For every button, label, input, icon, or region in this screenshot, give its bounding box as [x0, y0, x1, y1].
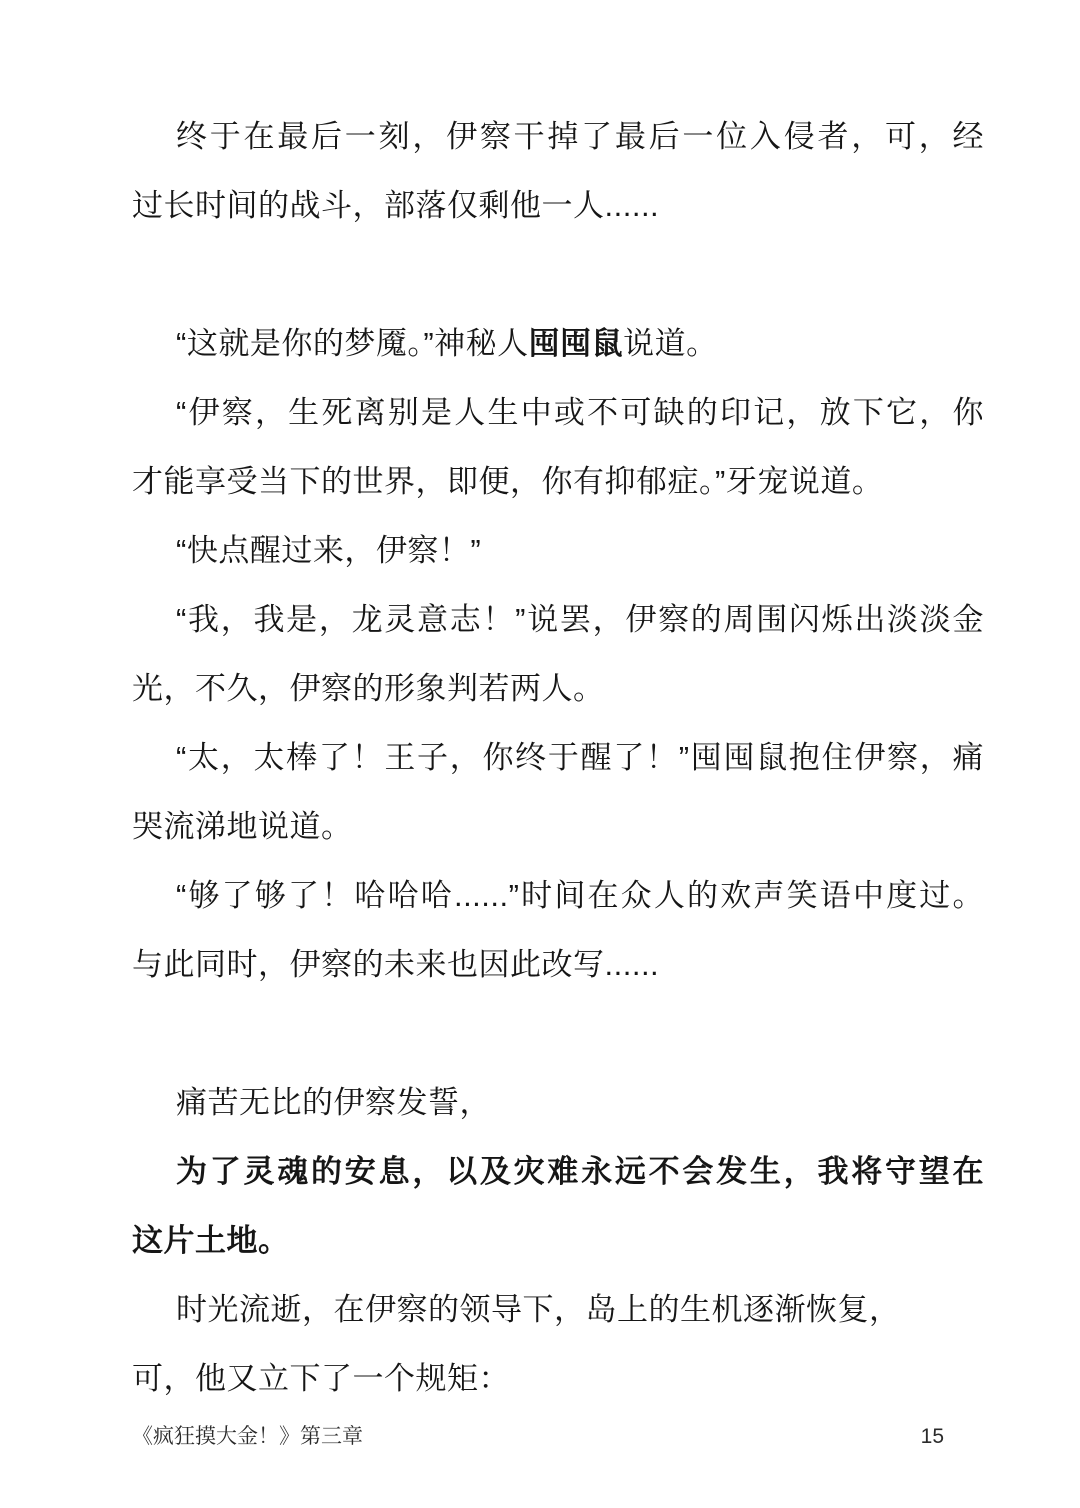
text-run: 光，不久，伊察的形象判若两人。 — [132, 671, 605, 706]
text-line: 终于在最后一刻，伊察干掉了最后一位入侵者，可，经 — [132, 102, 984, 171]
text-run: 说道。 — [623, 326, 718, 361]
footer-book-chapter: 《疯狂摸大金！》第三章 — [132, 1420, 363, 1450]
text-run: “伊察，生死离别是人生中或不可缺的印记，放下它，你 — [176, 395, 984, 430]
text-run: 与此同时，伊察的未来也因此改写...... — [132, 947, 659, 982]
text-line: 这片土地。 — [132, 1206, 984, 1275]
text-line: 光，不久，伊察的形象判若两人。 — [132, 654, 984, 723]
text-line: “快点醒过来，伊察！” — [132, 516, 984, 585]
text-run: 痛苦无比的伊察发誓， — [176, 1085, 491, 1120]
text-line: 哭流涕地说道。 — [132, 792, 984, 861]
footer-page-number: 15 — [921, 1425, 944, 1449]
text-run: “太，太棒了！王子，你终于醒了！”囤囤鼠抱住伊察，痛 — [176, 740, 984, 775]
text-run: 时光流逝，在伊察的领导下，岛上的生机逐渐恢复， — [176, 1292, 901, 1327]
text-line: 可，他又立下了一个规矩： — [132, 1344, 984, 1413]
text-line: 为了灵魂的安息，以及灾难永远不会发生，我将守望在 — [132, 1137, 984, 1206]
text-run: 终于在最后一刻，伊察干掉了最后一位入侵者，可，经 — [176, 119, 984, 154]
text-line: 时光流逝，在伊察的领导下，岛上的生机逐渐恢复， — [132, 1275, 984, 1344]
text-run: 可，他又立下了一个规矩： — [132, 1361, 510, 1396]
text-run: 哭流涕地说道。 — [132, 809, 353, 844]
blank-line — [132, 999, 984, 1068]
blank-line — [132, 240, 984, 309]
page-footer: 《疯狂摸大金！》第三章 15 — [132, 1420, 944, 1450]
text-run: “够了够了！哈哈哈......”时间在众人的欢声笑语中度过。 — [176, 878, 984, 913]
text-run: “这就是你的梦魇。”神秘人 — [176, 326, 529, 361]
text-line: 过长时间的战斗，部落仅剩他一人...... — [132, 171, 984, 240]
bold-text-run: 为了灵魂的安息，以及灾难永远不会发生，我将守望在 — [176, 1154, 984, 1189]
bold-text-run: 囤囤鼠 — [529, 326, 624, 361]
text-line: 才能享受当下的世界，即便，你有抑郁症。”牙宠说道。 — [132, 447, 984, 516]
text-run: 过长时间的战斗，部落仅剩他一人...... — [132, 188, 659, 223]
text-line: “我，我是，龙灵意志！”说罢，伊察的周围闪烁出淡淡金 — [132, 585, 984, 654]
text-line: “够了够了！哈哈哈......”时间在众人的欢声笑语中度过。 — [132, 861, 984, 930]
text-run: 才能享受当下的世界，即便，你有抑郁症。”牙宠说道。 — [132, 464, 883, 499]
document-page: 终于在最后一刻，伊察干掉了最后一位入侵者，可，经过长时间的战斗，部落仅剩他一人.… — [0, 0, 1080, 1508]
text-line: “伊察，生死离别是人生中或不可缺的印记，放下它，你 — [132, 378, 984, 447]
bold-text-run: 这片土地。 — [132, 1223, 290, 1258]
text-run: “我，我是，龙灵意志！”说罢，伊察的周围闪烁出淡淡金 — [176, 602, 984, 637]
text-line: “太，太棒了！王子，你终于醒了！”囤囤鼠抱住伊察，痛 — [132, 723, 984, 792]
text-line: 痛苦无比的伊察发誓， — [132, 1068, 984, 1137]
text-run: “快点醒过来，伊察！” — [176, 533, 481, 568]
text-line: “这就是你的梦魇。”神秘人囤囤鼠说道。 — [132, 309, 984, 378]
document-body: 终于在最后一刻，伊察干掉了最后一位入侵者，可，经过长时间的战斗，部落仅剩他一人.… — [132, 102, 984, 1413]
text-line: 与此同时，伊察的未来也因此改写...... — [132, 930, 984, 999]
